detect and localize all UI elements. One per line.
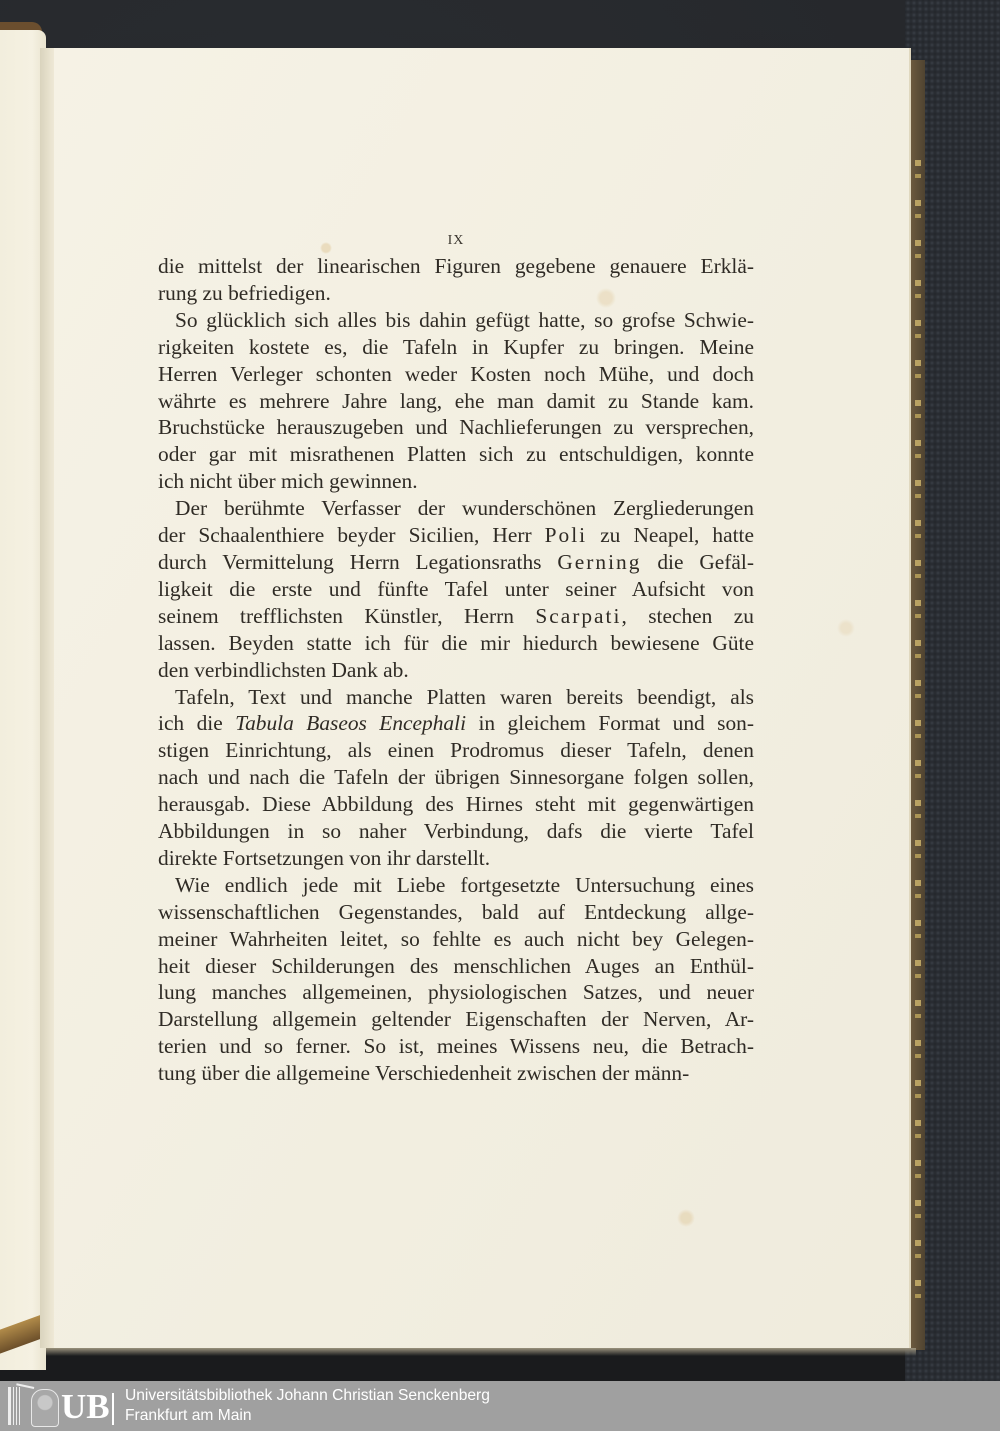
text-line: herausgab. Diese Abbildung des Hirnes st… <box>158 791 754 818</box>
page-number: IX <box>158 228 754 254</box>
text-line: direkte Fortsetzungen von ihr darstellt. <box>158 845 754 872</box>
paragraph: Der berühmte Verfasser der wunderschönen… <box>158 495 754 683</box>
italic-title: Tabula Baseos Encephali <box>235 711 466 735</box>
text-line: der Schaalenthiere beyder Sicilien, Herr… <box>158 522 754 549</box>
portrait-icon <box>31 1389 59 1427</box>
gilt-ornament-icon <box>915 160 921 1310</box>
text-line: oder gar mit misrathenen Platten sich zu… <box>158 441 754 468</box>
text-line: tung über die allgemeine Verschiedenheit… <box>158 1060 754 1087</box>
spaced-name: Poli <box>545 523 587 547</box>
text-line: meiner Wahrheiten leitet, so fehlte es a… <box>158 926 754 953</box>
text-line: durch Vermittelung Herrn Legationsraths … <box>158 549 754 576</box>
paragraph: So glücklich sich alles bis dahin gefügt… <box>158 307 754 495</box>
text-line: ligkeit die erste und fünfte Tafel unter… <box>158 576 754 603</box>
paragraph: die mittelst der linearischen Figuren ge… <box>158 253 754 307</box>
spaced-name: Scarpati <box>535 604 621 628</box>
paragraph: Tafeln, Text und manche Platten waren be… <box>158 684 754 872</box>
text-line: lung manches allgemeinen, physiologische… <box>158 979 754 1006</box>
paragraph: Wie endlich jede mit Liebe fortgesetzte … <box>158 872 754 1087</box>
logo-divider <box>112 1393 114 1425</box>
library-name: Universitätsbibliothek Johann Christian … <box>125 1386 490 1426</box>
text-line: Herren Verleger schonten weder Kosten no… <box>158 361 754 388</box>
text-line: rung zu befriedigen. <box>158 280 754 307</box>
library-name-line2: Frankfurt am Main <box>125 1406 490 1426</box>
text-line: terien und so ferner. So ist, meines Wis… <box>158 1033 754 1060</box>
text-line: wissenschaftlichen Gegenstandes, bald au… <box>158 899 754 926</box>
text-line: nach und nach die Tafeln der übrigen Sin… <box>158 764 754 791</box>
text-line: seinem trefflichsten Künstler, Herrn Sca… <box>158 603 754 630</box>
text-line: heit dieser Schilderungen des menschlich… <box>158 953 754 980</box>
paragraphs: die mittelst der linearischen Figuren ge… <box>158 253 754 1087</box>
page-text: IX die mittelst der linearischen Figuren… <box>158 228 754 1087</box>
text-line: stigen Einrichtung, als einen Prodromus … <box>158 737 754 764</box>
spaced-name: Gerning <box>557 550 641 574</box>
text-line: Der berühmte Verfasser der wunderschönen… <box>158 495 754 522</box>
text-line: Wie endlich jede mit Liebe fortgesetzte … <box>158 872 754 899</box>
text-line: Darstellung allgemein geltender Eigensch… <box>158 1006 754 1033</box>
ub-logo[interactable]: UB <box>5 1383 117 1429</box>
text-line: Tafeln, Text und manche Platten waren be… <box>158 684 754 711</box>
text-line: ich die Tabula Baseos Encephali in gleic… <box>158 710 754 737</box>
footer-bar: UB Universitätsbibliothek Johann Christi… <box>0 1381 1000 1431</box>
text-line: lassen. Beyden statte ich für die mir hi… <box>158 630 754 657</box>
text-line: So glücklich sich alles bis dahin gefügt… <box>158 307 754 334</box>
text-line: den verbindlichsten Dank ab. <box>158 657 754 684</box>
library-name-line1: Universitätsbibliothek Johann Christian … <box>125 1386 490 1406</box>
text-line: währte es mehrere Jahre lang, ehe man da… <box>158 388 754 415</box>
text-line: rigkeiten kostete es, die Tafeln in Kupf… <box>158 334 754 361</box>
text-line: Bruchstücke herauszugeben und Nachliefer… <box>158 414 754 441</box>
gutter-shadow <box>40 48 54 1348</box>
page-bottom-shadow <box>46 1348 916 1356</box>
text-line: Abbildungen in so naher Verbindung, dafs… <box>158 818 754 845</box>
text-line: ich nicht über mich gewinnen. <box>158 468 754 495</box>
logo-text: UB <box>61 1388 110 1426</box>
text-line: die mittelst der linearischen Figuren ge… <box>158 253 754 280</box>
